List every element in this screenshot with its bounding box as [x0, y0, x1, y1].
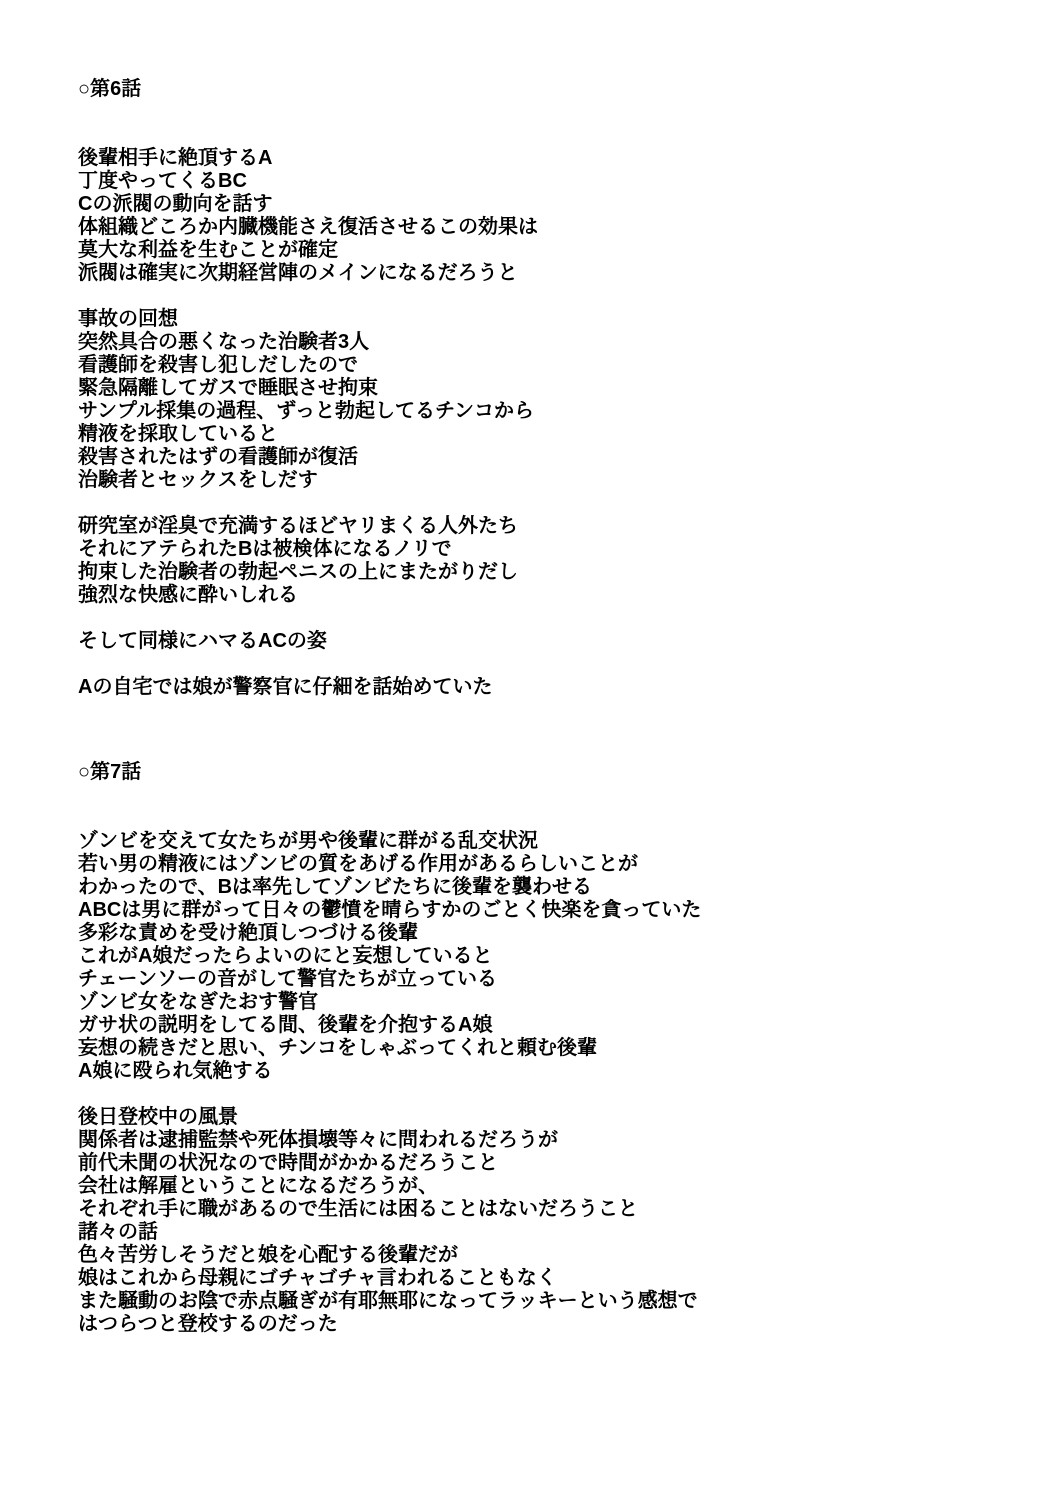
text-line: 後輩相手に絶頂するA [78, 147, 1018, 170]
text-line: 強烈な快感に酔いしれる [78, 584, 1018, 607]
text-line: それにアテられたBは被検体になるノリで [78, 538, 1018, 561]
paragraph: 後輩相手に絶頂するA丁度やってくるBCCの派閥の動向を話す体組織どころか内臓機能… [78, 147, 1018, 285]
text-line: 後日登校中の風景 [78, 1106, 1018, 1129]
text-line: 会社は解雇ということになるだろうが、 [78, 1175, 1018, 1198]
text-line: 治験者とセックスをしだす [78, 469, 1018, 492]
text-line: 拘束した治験者の勃起ペニスの上にまたがりだし [78, 561, 1018, 584]
text-line: Aの自宅では娘が警察官に仔細を話始めていた [78, 676, 1018, 699]
paragraph: 研究室が淫臭で充満するほどヤリまくる人外たちそれにアテられたBは被検体になるノリ… [78, 515, 1018, 607]
episode-section-1: ○第6話後輩相手に絶頂するA丁度やってくるBCCの派閥の動向を話す体組織どころか… [78, 78, 1018, 699]
text-line: 関係者は逮捕監禁や死体損壊等々に問われるだろうが [78, 1129, 1018, 1152]
paragraph: そして同様にハマるACの姿 [78, 630, 1018, 653]
paragraph: 事故の回想突然具合の悪くなった治験者3人看護師を殺害し犯しだしたので緊急隔離して… [78, 308, 1018, 492]
text-line: 若い男の精液にはゾンビの質をあげる作用があるらしいことが [78, 853, 1018, 876]
text-line: 多彩な責めを受け絶頂しつづける後輩 [78, 922, 1018, 945]
text-line: また騒動のお陰で赤点騒ぎが有耶無耶になってラッキーという感想で [78, 1290, 1018, 1313]
text-line: わかったので、Bは率先してゾンビたちに後輩を襲わせる [78, 876, 1018, 899]
text-line: それぞれ手に職があるので生活には困ることはないだろうこと [78, 1198, 1018, 1221]
text-line: 莫大な利益を生むことが確定 [78, 239, 1018, 262]
text-line: 色々苦労しそうだと娘を心配する後輩だが [78, 1244, 1018, 1267]
text-line: 体組織どころか内臓機能さえ復活させるこの効果は [78, 216, 1018, 239]
text-line: 前代未聞の状況なので時間がかかるだろうこと [78, 1152, 1018, 1175]
episode-heading: ○第7話 [78, 761, 1018, 784]
paragraph: 後日登校中の風景関係者は逮捕監禁や死体損壊等々に問われるだろうが前代未聞の状況な… [78, 1106, 1018, 1336]
text-line: 殺害されたはずの看護師が復活 [78, 446, 1018, 469]
text-line: 諸々の話 [78, 1221, 1018, 1244]
text-line: サンプル採集の過程、ずっと勃起してるチンコから [78, 400, 1018, 423]
text-line: 派閥は確実に次期経営陣のメインになるだろうと [78, 262, 1018, 285]
text-line: チェーンソーの音がして警官たちが立っている [78, 968, 1018, 991]
text-line: ABCは男に群がって日々の鬱憤を晴らすかのごとく快楽を貪っていた [78, 899, 1018, 922]
text-line: 事故の回想 [78, 308, 1018, 331]
text-line: 妄想の続きだと思い、チンコをしゃぶってくれと頼む後輩 [78, 1037, 1018, 1060]
paragraph: Aの自宅では娘が警察官に仔細を話始めていた [78, 676, 1018, 699]
text-line: 突然具合の悪くなった治験者3人 [78, 331, 1018, 354]
text-line: はつらつと登校するのだった [78, 1313, 1018, 1336]
text-line: ゾンビ女をなぎたおす警官 [78, 991, 1018, 1014]
text-line: これがA娘だったらよいのにと妄想していると [78, 945, 1018, 968]
text-line: Cの派閥の動向を話す [78, 193, 1018, 216]
text-line: 緊急隔離してガスで睡眠させ拘束 [78, 377, 1018, 400]
episode-heading: ○第6話 [78, 78, 1018, 101]
episode-section-2: ○第7話ゾンビを交えて女たちが男や後輩に群がる乱交状況若い男の精液にはゾンビの質… [78, 761, 1018, 1336]
text-line: 娘はこれから母親にゴチャゴチャ言われることもなく [78, 1267, 1018, 1290]
text-line: ガサ状の説明をしてる間、後輩を介抱するA娘 [78, 1014, 1018, 1037]
text-line: そして同様にハマるACの姿 [78, 630, 1018, 653]
text-line: 看護師を殺害し犯しだしたので [78, 354, 1018, 377]
document-page: ○第6話後輩相手に絶頂するA丁度やってくるBCCの派閥の動向を話す体組織どころか… [0, 0, 1058, 1500]
text-line: A娘に殴られ気絶する [78, 1060, 1018, 1083]
text-line: 精液を採取していると [78, 423, 1018, 446]
document-content: ○第6話後輩相手に絶頂するA丁度やってくるBCCの派閥の動向を話す体組織どころか… [78, 78, 1018, 1359]
text-line: 研究室が淫臭で充満するほどヤリまくる人外たち [78, 515, 1018, 538]
paragraph: ゾンビを交えて女たちが男や後輩に群がる乱交状況若い男の精液にはゾンビの質をあげる… [78, 830, 1018, 1083]
text-line: 丁度やってくるBC [78, 170, 1018, 193]
text-line: ゾンビを交えて女たちが男や後輩に群がる乱交状況 [78, 830, 1018, 853]
